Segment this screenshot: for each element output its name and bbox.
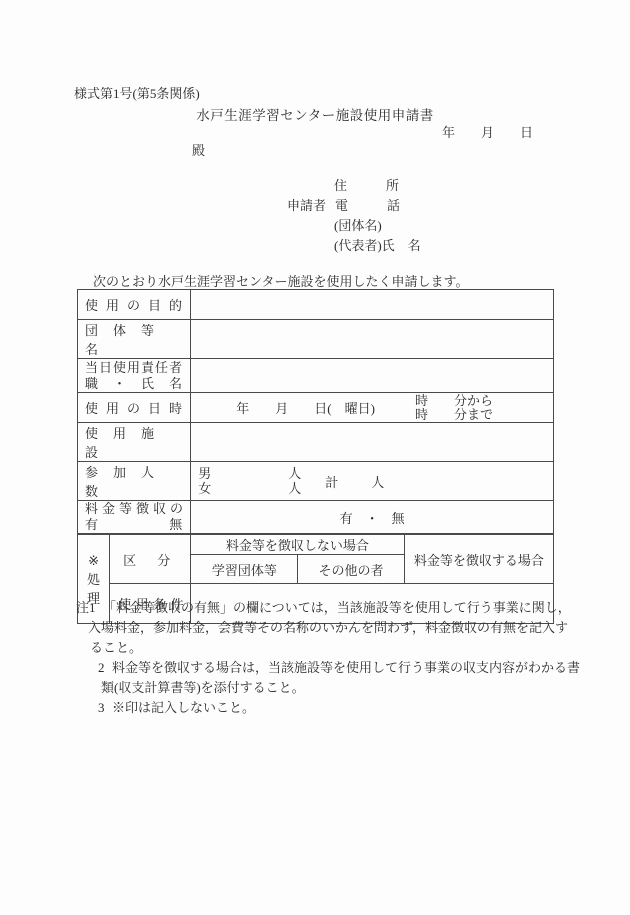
fee-label-yes: 有: [85, 517, 98, 533]
participants-label-cell: 参加人数: [78, 462, 191, 501]
applicant-block: 住 所 申請者電 話 (団体名) (代表者)氏 名: [287, 176, 421, 256]
datetime-time-to: 時 分まで: [415, 408, 493, 422]
fee-label-cell: 料金等徴収の 有無: [78, 501, 191, 535]
group-label-cell: 団体等名: [78, 320, 191, 359]
participants-input-cell: 男人 女人 計 人: [191, 462, 554, 501]
participants-male-unit: 人: [288, 466, 301, 481]
application-table: 使用の目的 団体等名 当日使用責任者 職・氏名 使用の日時 年 月 日( 曜日)…: [77, 289, 554, 624]
notes-section: 注1「料金等徴収の有無」の欄については，当該施設等を使用して行う事業に関し， 入…: [76, 598, 580, 718]
fee-label-no: 無: [169, 517, 182, 533]
fee-case-cell: 料金等を徴収する場合: [404, 534, 553, 584]
note2-text-line2: 類(収支計算書等)を添付すること。: [76, 678, 580, 698]
category-label-cell: 区分: [110, 534, 191, 584]
note1-text-line3: ること。: [76, 638, 580, 658]
note1-text-line2: 入場料金，参加料金，会費等その名称のいかんを問わず，料金徴収の有無を記入す: [76, 618, 580, 638]
purpose-input-cell: [191, 290, 554, 320]
applicant-phone-label: 電 話: [335, 198, 400, 213]
facility-label: 使用施設: [85, 426, 169, 460]
fee-label-line1: 料金等徴収の: [85, 501, 190, 517]
facility-input-cell: [191, 423, 554, 462]
application-form-page: 様式第1号(第5条関係) 水戸生涯学習センター施設使用申請書 年 月 日 殿 住…: [0, 0, 630, 915]
fee-value-cell: 有 ・ 無: [191, 501, 554, 535]
applicant-address-label: 住 所: [287, 176, 421, 196]
category-label-right: 分: [157, 550, 170, 569]
form-number: 様式第1号(第5条関係): [74, 83, 200, 102]
purpose-label-cell: 使用の目的: [78, 290, 191, 320]
participants-total-unit: 人: [371, 472, 384, 491]
note2-number: 2: [98, 658, 112, 678]
participants-female-unit: 人: [288, 481, 301, 496]
responsible-input-cell: [191, 359, 554, 393]
note3-text-line1: ※印は記入しないこと。: [112, 700, 255, 715]
group-input-cell: [191, 320, 554, 359]
addressee-label: 殿: [192, 140, 205, 159]
facility-label-cell: 使用施設: [78, 423, 191, 462]
datetime-input-cell: 年 月 日( 曜日) 時 分から 時 分まで: [191, 393, 554, 423]
fee-value: 有 ・ 無: [340, 511, 405, 526]
responsible-label-line2: 職・氏名: [85, 376, 190, 392]
participants-total-label: 計: [325, 472, 338, 491]
group-label: 団体等名: [85, 323, 169, 357]
page-title: 水戸生涯学習センター施設使用申請書: [0, 104, 630, 124]
date-line: 年 月 日: [442, 122, 533, 141]
no-fee-study-cell: 学習団体等: [191, 555, 298, 584]
note1-text-line1: 「料金等徴収の有無」の欄については，当該施設等を使用して行う事業に関し，: [103, 600, 571, 615]
no-fee-other-cell: その他の者: [298, 555, 404, 584]
participants-female-label: 女: [198, 481, 211, 496]
intro-sentence: 次のとおり水戸生涯学習センター施設を使用したく申請します。: [93, 271, 468, 290]
participants-label: 参加人数: [85, 465, 169, 499]
purpose-label: 使用の目的: [85, 298, 190, 313]
participants-male-label: 男: [198, 466, 211, 481]
responsible-label-cell: 当日使用責任者 職・氏名: [78, 359, 191, 393]
applicant-group-label: (団体名): [287, 216, 421, 236]
datetime-date-template: 年 月 日( 曜日): [236, 398, 375, 417]
datetime-label-cell: 使用の日時: [78, 393, 191, 423]
note3-number: 3: [98, 698, 112, 718]
note2-text-line1: 料金等を徴収する場合は，当該施設等を使用して行う事業の収支内容がわかる書: [112, 660, 580, 675]
datetime-label: 使用の日時: [85, 401, 190, 416]
datetime-time-from: 時 分から: [415, 394, 493, 408]
no-fee-header-cell: 料金等を徴収しない場合: [191, 534, 404, 555]
note1-number: 注1: [76, 598, 103, 618]
responsible-label-line1: 当日使用責任者: [85, 360, 190, 376]
applicant-label: 申請者: [287, 196, 326, 216]
applicant-representative-label: (代表者)氏 名: [287, 236, 421, 256]
category-label-left: 区: [123, 550, 136, 569]
